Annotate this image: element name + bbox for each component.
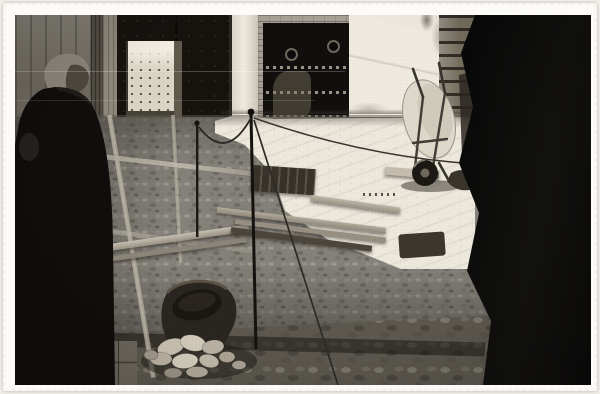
page-background — [0, 0, 600, 394]
deckle-edge-right — [592, 3, 597, 391]
photo-print — [3, 3, 597, 391]
deckle-edge-left — [3, 3, 8, 391]
deckle-edge-bottom — [3, 386, 597, 391]
photo — [15, 15, 591, 385]
vignette — [15, 15, 591, 385]
deckle-edge-top — [3, 3, 597, 8]
